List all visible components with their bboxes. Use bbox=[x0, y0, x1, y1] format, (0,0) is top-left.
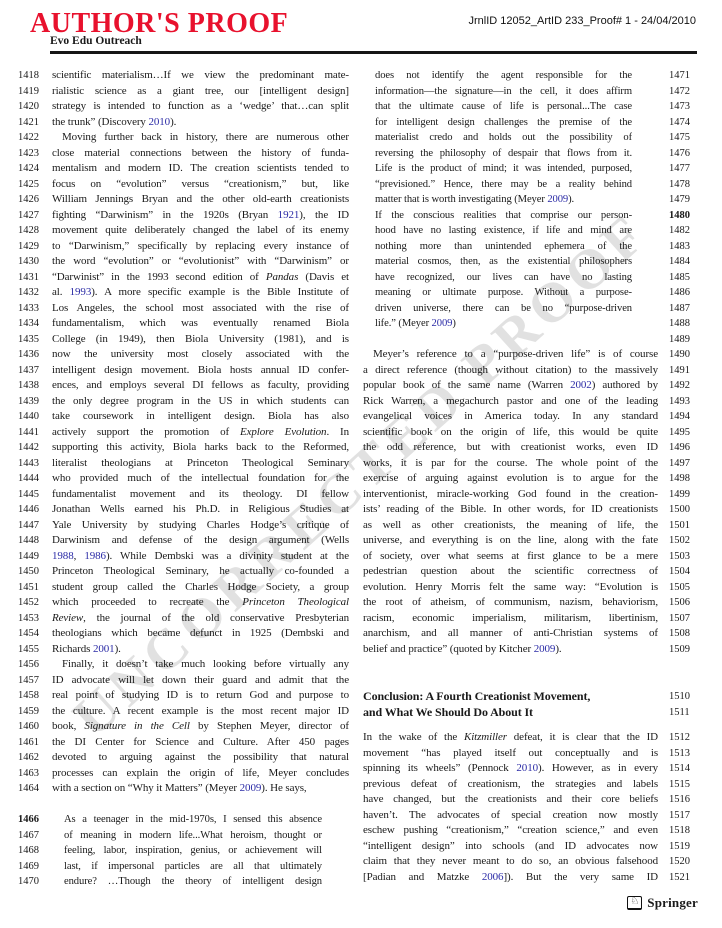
text-row: the odd reference, but with creationist … bbox=[363, 440, 696, 456]
line-number: 1429 bbox=[18, 239, 43, 255]
line-number: 1507 bbox=[669, 611, 696, 627]
text-segment: ). While Dembski was a divinity student … bbox=[106, 550, 349, 562]
line-number: 1435 bbox=[18, 332, 43, 348]
text-line: Meyer’s reference to a “purpose-driven l… bbox=[363, 347, 658, 363]
citation-link[interactable]: 2010 bbox=[148, 116, 170, 128]
text-row: 1441actively support the promotion of Ex… bbox=[18, 425, 349, 441]
text-line: literalist theologians at Princeton Theo… bbox=[52, 456, 349, 472]
line-number: 1490 bbox=[669, 347, 696, 363]
text-line: Life is the product of mind; it was inte… bbox=[375, 161, 632, 177]
text-segment: close material connections between the h… bbox=[52, 147, 349, 159]
text-segment: the only degree program in the US in whi… bbox=[52, 395, 349, 407]
text-row bbox=[18, 797, 349, 813]
text-row: racism, economic imperialism, militarism… bbox=[363, 611, 696, 627]
text-segment: scientific book on the origin of life, t… bbox=[363, 426, 658, 438]
line-number: 1502 bbox=[669, 533, 696, 549]
text-line: book, Signature in the Cell by Stephen M… bbox=[52, 719, 349, 735]
text-line: feeling, labor, inspiration, genius, or … bbox=[64, 843, 322, 859]
line-number: 1431 bbox=[18, 270, 43, 286]
header-rule bbox=[50, 51, 697, 54]
text-line: Conclusion: A Fourth Creationist Movemen… bbox=[363, 689, 658, 705]
line-number: 1521 bbox=[669, 870, 696, 886]
text-row: previous defeat of creationism, the stra… bbox=[363, 777, 696, 793]
text-line: meaning or ultimate purpose. Without a p… bbox=[375, 285, 632, 301]
text-line: eschew pushing “creationism,” “creation … bbox=[363, 823, 658, 839]
text-line: and What We Should Do About It bbox=[363, 705, 658, 721]
text-segment: processes can explain the origin of life… bbox=[52, 767, 349, 779]
text-line: strategy is intended to function as a ‘w… bbox=[52, 99, 349, 115]
text-row: pedestrian question about the scientific… bbox=[363, 564, 696, 580]
text-segment: Jonathan Wells earned his Ph.D. in Relig… bbox=[52, 503, 349, 515]
journal-name: Evo Edu Outreach bbox=[50, 35, 142, 47]
text-line: mentalism and modern ID. The creation sc… bbox=[52, 161, 349, 177]
column-right: does not identify the agent responsible … bbox=[363, 68, 696, 885]
text-segment: “intelligent design” into schools (and I… bbox=[363, 840, 658, 852]
text-line: claim that they never meant to do so, an… bbox=[363, 854, 658, 870]
text-row: 1439the only degree program in the US in… bbox=[18, 394, 349, 410]
text-segment: fighting “Darwinism” in the 1920s (Bryan bbox=[52, 209, 278, 221]
text-line: Princeton Theological Seminary, he actua… bbox=[52, 564, 349, 580]
text-line: fundamentalism, which was eventually ren… bbox=[52, 316, 349, 332]
line-number: 1475 bbox=[669, 130, 696, 146]
text-line: material cosmos, then, as the existentia… bbox=[375, 254, 632, 270]
blockquote-row: that the ultimate cause of life is perso… bbox=[363, 99, 696, 115]
text-segment: Rick Warren, a megachurch pastor and one… bbox=[363, 395, 658, 407]
text-line: Rick Warren, a megachurch pastor and one… bbox=[363, 394, 658, 410]
line-number: 1427 bbox=[18, 208, 43, 224]
line-number: 1468 bbox=[18, 843, 43, 859]
text-row: 1462devoted to arguing against the possi… bbox=[18, 750, 349, 766]
text-row: of society, over what seems at first gla… bbox=[363, 549, 696, 565]
text-segment: fundamentalism, which was eventually ren… bbox=[52, 317, 349, 329]
text-line: scientific book on the origin of life, t… bbox=[363, 425, 658, 441]
line-number: 1428 bbox=[18, 223, 43, 239]
text-line: driven universe, there can be no “purpos… bbox=[375, 301, 632, 317]
text-segment: fundamentalist movement and its theology… bbox=[52, 488, 349, 500]
line-number: 1440 bbox=[18, 409, 43, 425]
text-row: 1456Finally, it doesn’t take much lookin… bbox=[18, 657, 349, 673]
section-heading-row: Conclusion: A Fourth Creationist Movemen… bbox=[363, 689, 696, 705]
text-segment: ists’ reading of the Bible. In other wor… bbox=[363, 503, 658, 515]
text-line: pedestrian question about the scientific… bbox=[363, 564, 658, 580]
line-number: 1491 bbox=[669, 363, 696, 379]
text-line: Review, the journal of the old conservat… bbox=[52, 611, 349, 627]
line-number: 1457 bbox=[18, 673, 43, 689]
line-number: 1422 bbox=[18, 130, 43, 146]
text-line: of meaning in modern life...What heroism… bbox=[64, 828, 322, 844]
text-row: 1428movement quite deliberately changed … bbox=[18, 223, 349, 239]
text-row: as well as other creationists, the meani… bbox=[363, 518, 696, 534]
text-line: focus on “evolution” versus “creationism… bbox=[52, 177, 349, 193]
text-segment: If the conscious realities that comprise… bbox=[375, 210, 632, 221]
text-segment: Explore Evolution bbox=[240, 426, 327, 438]
text-line: supporting this activity, Biola harks ba… bbox=[52, 440, 349, 456]
text-row: 1489 bbox=[363, 332, 696, 348]
line-number: 1452 bbox=[18, 595, 43, 611]
text-line: [Padian and Matzke 2006]). But the very … bbox=[363, 870, 658, 886]
text-row: 1438ences, and employs several DI fellow… bbox=[18, 378, 349, 394]
text-segment: anarchism, and all manner of anti-Christ… bbox=[363, 627, 658, 639]
line-number: 1443 bbox=[18, 456, 43, 472]
text-row: 1425focus on “evolution” versus “creatio… bbox=[18, 177, 349, 193]
text-segment: Yale University by studying Charles Hodg… bbox=[52, 519, 349, 531]
text-line: which proceeded to recreate the Princeto… bbox=[52, 595, 349, 611]
text-segment: feeling, labor, inspiration, genius, or … bbox=[64, 845, 322, 856]
line-number: 1509 bbox=[669, 642, 696, 658]
citation-link[interactable]: 2009 bbox=[534, 643, 556, 655]
text-line: works, it is par for the course. The who… bbox=[363, 456, 658, 472]
text-line: “previsioned.” Hence, there may be a rea… bbox=[375, 177, 632, 193]
text-row: 1429to “Darwinism,” specifically by repl… bbox=[18, 239, 349, 255]
text-segment: nothing more than unintended ephemera of… bbox=[375, 241, 632, 252]
blockquote-row: materialist credo and holds out the poss… bbox=[363, 130, 696, 146]
text-row: 1418scientific materialism…If we view th… bbox=[18, 68, 349, 84]
text-line: Yale University by studying Charles Hodg… bbox=[52, 518, 349, 534]
line-number: 1467 bbox=[18, 828, 43, 844]
line-number: 1499 bbox=[669, 487, 696, 503]
text-segment: Pandas bbox=[266, 271, 298, 283]
text-segment: Life is the product of mind; it was inte… bbox=[375, 163, 632, 174]
text-row: 1463processes can explain the origin of … bbox=[18, 766, 349, 782]
text-row: 1430the word “evolution” or “evolutionis… bbox=[18, 254, 349, 270]
text-line: ences, and employs several DI fellows as… bbox=[52, 378, 349, 394]
blockquote-row: material cosmos, then, as the existentia… bbox=[363, 254, 696, 270]
text-segment: movement quite deliberately changed the … bbox=[52, 224, 349, 236]
blockquote-row: meaning or ultimate purpose. Without a p… bbox=[363, 285, 696, 301]
citation-link[interactable]: 2009 bbox=[547, 194, 568, 205]
citation-link[interactable]: 2009 bbox=[432, 318, 453, 329]
citation-link[interactable]: 2001 bbox=[93, 643, 115, 655]
text-line: fighting “Darwinism” in the 1920s (Bryan… bbox=[52, 208, 349, 224]
line-number: 1516 bbox=[669, 792, 696, 808]
text-line: hood have no lasting existence, if life … bbox=[375, 223, 632, 239]
line-number: 1488 bbox=[669, 316, 696, 332]
text-segment: last, if impersonal particles are all th… bbox=[64, 861, 322, 872]
text-segment: now the university most closely associat… bbox=[52, 348, 349, 360]
line-number: 1419 bbox=[18, 84, 43, 100]
text-segment: pedestrian question about the scientific… bbox=[363, 565, 658, 577]
line-number: 1515 bbox=[669, 777, 696, 793]
text-segment: the odd reference, but with creationist … bbox=[363, 441, 658, 453]
line-number: 1473 bbox=[669, 99, 696, 115]
line-number: 1477 bbox=[669, 161, 696, 177]
citation-link[interactable]: 1993 bbox=[70, 286, 92, 298]
blockquote-row: “previsioned.” Hence, there may be a rea… bbox=[363, 177, 696, 193]
line-number: 1423 bbox=[18, 146, 43, 162]
line-number: 1478 bbox=[669, 177, 696, 193]
line-number: 1510 bbox=[669, 689, 696, 705]
text-segment: ). bbox=[555, 643, 561, 655]
text-segment: which proceeded to recreate the bbox=[52, 596, 242, 608]
line-number: 1487 bbox=[669, 301, 696, 317]
text-line: the trunk” (Discovery 2010). bbox=[52, 115, 349, 131]
line-number: 1453 bbox=[18, 611, 43, 627]
line-number: 1434 bbox=[18, 316, 43, 332]
line-number: 1501 bbox=[669, 518, 696, 534]
text-line: the DI Center for Science and Culture. A… bbox=[52, 735, 349, 751]
text-row: 1427fighting “Darwinism” in the 1920s (B… bbox=[18, 208, 349, 224]
text-line: the odd reference, but with creationist … bbox=[363, 440, 658, 456]
text-line: “Darwinist” in the 1993 second edition o… bbox=[52, 270, 349, 286]
text-line: 1988, 1986). While Dembski was a divinit… bbox=[52, 549, 349, 565]
line-number: 1424 bbox=[18, 161, 43, 177]
line-number: 1447 bbox=[18, 518, 43, 534]
text-segment: William Jennings Bryan and the other old… bbox=[52, 193, 349, 205]
text-segment: actively support the promotion of bbox=[52, 426, 240, 438]
line-number: 1476 bbox=[669, 146, 696, 162]
text-row: 1457ID advocate will let down their guar… bbox=[18, 673, 349, 689]
text-line: Darwinism and defense of the design argu… bbox=[52, 533, 349, 549]
text-segment: Princeton Theological Seminary, he actua… bbox=[52, 565, 349, 577]
line-number: 1439 bbox=[18, 394, 43, 410]
citation-link[interactable]: 1921 bbox=[278, 209, 300, 221]
springer-logo: ♘ Springer bbox=[627, 895, 698, 911]
text-segment: Los Angeles, the school most associated … bbox=[52, 302, 349, 314]
text-line: spinning its wheels” (Pennock 2010). How… bbox=[363, 761, 658, 777]
blockquote-row: reversing the philosophy of despair that… bbox=[363, 146, 696, 162]
line-number: 1480 bbox=[669, 208, 696, 224]
line-number: 1504 bbox=[669, 564, 696, 580]
text-segment: Finally, it doesn’t take much looking be… bbox=[62, 658, 349, 670]
line-number: 1485 bbox=[669, 270, 696, 286]
text-line: Jonathan Wells earned his Ph.D. in Relig… bbox=[52, 502, 349, 518]
text-row: scientific book on the origin of life, t… bbox=[363, 425, 696, 441]
blockquote-row: does not identify the agent responsible … bbox=[363, 68, 696, 84]
text-line: interventionist, miracle-working God fou… bbox=[363, 487, 658, 503]
text-row: 1461the DI Center for Science and Cultur… bbox=[18, 735, 349, 751]
text-row: “intelligent design” into schools (and I… bbox=[363, 839, 696, 855]
text-segment: College (in 1949), then Biola University… bbox=[52, 333, 349, 345]
text-line: as well as other creationists, the meani… bbox=[363, 518, 658, 534]
line-number: 1437 bbox=[18, 363, 43, 379]
text-line: belief and practice” (quoted by Kitcher … bbox=[363, 642, 658, 658]
text-segment: universe, and everything is on the line,… bbox=[363, 534, 658, 546]
text-segment: ) authored by bbox=[592, 379, 658, 391]
text-line: processes can explain the origin of life… bbox=[52, 766, 349, 782]
text-line: movement quite deliberately changed the … bbox=[52, 223, 349, 239]
text-segment: (Davis et bbox=[298, 271, 349, 283]
text-row: universe, and everything is on the line,… bbox=[363, 533, 696, 549]
text-segment: ), the ID bbox=[299, 209, 349, 221]
text-segment: hood have no lasting existence, if life … bbox=[375, 225, 632, 236]
text-line: that the ultimate cause of life is perso… bbox=[375, 99, 632, 115]
citation-link[interactable]: 1988 bbox=[52, 550, 74, 562]
text-line: for intelligent design challenges the pr… bbox=[375, 115, 632, 131]
text-row: 1450Princeton Theological Seminary, he a… bbox=[18, 564, 349, 580]
text-segment: the DI Center for Science and Culture. A… bbox=[52, 736, 349, 748]
line-number: 1511 bbox=[669, 705, 696, 721]
line-number: 1430 bbox=[18, 254, 43, 270]
text-segment: , the journal of the old conservative Pr… bbox=[83, 612, 349, 624]
text-row: Meyer’s reference to a “purpose-driven l… bbox=[363, 347, 696, 363]
citation-link[interactable]: 2009 bbox=[240, 782, 262, 794]
text-row: the root of atheism, of communism, nazis… bbox=[363, 595, 696, 611]
blockquote-row: If the conscious realities that comprise… bbox=[363, 208, 696, 224]
text-segment: driven universe, there can be no “purpos… bbox=[375, 303, 632, 314]
text-line: the only degree program in the US in whi… bbox=[52, 394, 349, 410]
text-segment: strategy is intended to function as a ‘w… bbox=[52, 100, 349, 112]
text-segment: have changed, but the creationists and t… bbox=[363, 793, 658, 805]
text-segment: ). He says, bbox=[261, 782, 306, 794]
text-line: popular book of the same name (Warren 20… bbox=[363, 378, 658, 394]
blockquote-row: have recognized, our lives can have no l… bbox=[363, 270, 696, 286]
text-line: fundamentalist movement and its theology… bbox=[52, 487, 349, 503]
text-segment: meaning or ultimate purpose. Without a p… bbox=[375, 287, 632, 298]
text-line: William Jennings Bryan and the other old… bbox=[52, 192, 349, 208]
blockquote-row: 1469last, if impersonal particles are al… bbox=[18, 859, 349, 875]
blockquote-row: for intelligent design challenges the pr… bbox=[363, 115, 696, 131]
blockquote-row: 1470endure? …Though the theory of intell… bbox=[18, 874, 349, 890]
text-row: haven’t. The advocates of special creati… bbox=[363, 808, 696, 824]
text-row: 1460book, Signature in the Cell by Steph… bbox=[18, 719, 349, 735]
line-number bbox=[18, 797, 43, 813]
text-row: works, it is par for the course. The who… bbox=[363, 456, 696, 472]
text-row: 1454theologians which became defunct in … bbox=[18, 626, 349, 642]
text-row: 1431“Darwinist” in the 1993 second editi… bbox=[18, 270, 349, 286]
text-row: 1447Yale University by studying Charles … bbox=[18, 518, 349, 534]
text-row: 1464with a section on “Why it Matters” (… bbox=[18, 781, 349, 797]
text-row: 1455Richards 2001). bbox=[18, 642, 349, 658]
text-segment: life.” (Meyer bbox=[375, 318, 432, 329]
text-row: 1423close material connections between t… bbox=[18, 146, 349, 162]
line-number: 1486 bbox=[669, 285, 696, 301]
text-segment: the word “evolution” or “evolutionist” w… bbox=[52, 255, 349, 267]
text-line: intelligent design movement. Biola hosts… bbox=[52, 363, 349, 379]
text-segment: the culture. A recent example is the mos… bbox=[52, 705, 349, 717]
text-row: 1436now the university most closely asso… bbox=[18, 347, 349, 363]
text-segment: previous defeat of creationism, the stra… bbox=[363, 778, 658, 790]
line-number: 1444 bbox=[18, 471, 43, 487]
text-line: Finally, it doesn’t take much looking be… bbox=[52, 657, 349, 673]
line-number: 1514 bbox=[669, 761, 696, 777]
text-row: 1420strategy is intended to function as … bbox=[18, 99, 349, 115]
text-line: information—the signature—in the cell, i… bbox=[375, 84, 632, 100]
line-number: 1461 bbox=[18, 735, 43, 751]
text-segment: material cosmos, then, as the existentia… bbox=[375, 256, 632, 267]
text-row: a direct reference (though without citat… bbox=[363, 363, 696, 379]
text-row: 1424mentalism and modern ID. The creatio… bbox=[18, 161, 349, 177]
line-number: 1446 bbox=[18, 502, 43, 518]
text-row: 1421the trunk” (Discovery 2010). bbox=[18, 115, 349, 131]
line-number: 1425 bbox=[18, 177, 43, 193]
text-segment: real point of studying ID is to return G… bbox=[52, 689, 349, 701]
text-segment: Signature in the Cell bbox=[84, 720, 189, 732]
text-segment: and What We Should Do About It bbox=[363, 705, 533, 719]
text-row: 1446Jonathan Wells earned his Ph.D. in R… bbox=[18, 502, 349, 518]
text-segment: student group called the Charles Hodge S… bbox=[52, 581, 349, 593]
line-number: 1420 bbox=[18, 99, 43, 115]
text-segment: Darwinism and defense of the design argu… bbox=[52, 534, 349, 546]
text-segment: interventionist, miracle-working God fou… bbox=[363, 488, 658, 500]
text-row: 14491988, 1986). While Dembski was a div… bbox=[18, 549, 349, 565]
text-row: 1448Darwinism and defense of the design … bbox=[18, 533, 349, 549]
text-segment: . In bbox=[326, 426, 349, 438]
blockquote-row: 1468feeling, labor, inspiration, genius,… bbox=[18, 843, 349, 859]
line-number: 1474 bbox=[669, 115, 696, 131]
line-number: 1495 bbox=[669, 425, 696, 441]
text-segment: scientific materialism…If we view the pr… bbox=[52, 69, 349, 81]
text-segment: “Darwinist” in the 1993 second edition o… bbox=[52, 271, 266, 283]
text-row: spinning its wheels” (Pennock 2010). How… bbox=[363, 761, 696, 777]
line-number: 1494 bbox=[669, 409, 696, 425]
text-line: have recognized, our lives can have no l… bbox=[375, 270, 632, 286]
line-number: 1520 bbox=[669, 854, 696, 870]
text-line: ists’ reading of the Bible. In other wor… bbox=[363, 502, 658, 518]
text-row: evangelical voices in America today. In … bbox=[363, 409, 696, 425]
line-number: 1493 bbox=[669, 394, 696, 410]
text-line: Richards 2001). bbox=[52, 642, 349, 658]
text-row: belief and practice” (quoted by Kitcher … bbox=[363, 642, 696, 658]
text-segment: a direct reference (though without citat… bbox=[363, 364, 658, 376]
citation-link[interactable]: 2006 bbox=[482, 871, 504, 883]
text-line: take coursework in intelligent design. B… bbox=[52, 409, 349, 425]
line-number: 1469 bbox=[18, 859, 43, 875]
text-line: devoted to arguing against the possibili… bbox=[52, 750, 349, 766]
text-segment: theologians which became defunct in 1925… bbox=[52, 627, 349, 639]
text-line: materialist credo and holds out the poss… bbox=[375, 130, 632, 146]
blockquote-row: Life is the product of mind; it was inte… bbox=[363, 161, 696, 177]
text-row: exercise of arguing against evolution is… bbox=[363, 471, 696, 487]
line-number: 1470 bbox=[18, 874, 43, 890]
text-segment: ). bbox=[170, 116, 176, 128]
line-number: 1513 bbox=[669, 746, 696, 762]
text-line: Moving further back in history, there ar… bbox=[52, 130, 349, 146]
line-number: 1462 bbox=[18, 750, 43, 766]
line-number: 1458 bbox=[18, 688, 43, 704]
text-line: al. 1993). A more specific example is th… bbox=[52, 285, 349, 301]
text-line: ID advocate will let down their guard an… bbox=[52, 673, 349, 689]
text-line: endure? …Though the theory of intelligen… bbox=[64, 874, 322, 890]
line-number: 1436 bbox=[18, 347, 43, 363]
text-line: haven’t. The advocates of special creati… bbox=[363, 808, 658, 824]
line-number: 1489 bbox=[669, 332, 696, 348]
citation-link[interactable]: 2002 bbox=[570, 379, 592, 391]
text-segment: for intelligent design challenges the pr… bbox=[375, 117, 632, 128]
text-segment: reversing the philosophy of despair that… bbox=[375, 148, 632, 159]
text-row: 1459the culture. A recent example is the… bbox=[18, 704, 349, 720]
text-segment: matter that is worth investigating (Meye… bbox=[375, 194, 547, 205]
line-number: 1445 bbox=[18, 487, 43, 503]
text-line: close material connections between the h… bbox=[52, 146, 349, 162]
text-row: 1443literalist theologians at Princeton … bbox=[18, 456, 349, 472]
text-row: have changed, but the creationists and t… bbox=[363, 792, 696, 808]
line-number: 1512 bbox=[669, 730, 696, 746]
text-line: actively support the promotion of Explor… bbox=[52, 425, 349, 441]
text-segment: of meaning in modern life...What heroism… bbox=[64, 830, 322, 841]
citation-link[interactable]: 2010 bbox=[516, 762, 538, 774]
text-segment: of society, over what seems at first gla… bbox=[363, 550, 658, 562]
line-number: 1441 bbox=[18, 425, 43, 441]
text-line: previous defeat of creationism, the stra… bbox=[363, 777, 658, 793]
text-line: scientific materialism…If we view the pr… bbox=[52, 68, 349, 84]
text-segment: the root of atheism, of communism, nazis… bbox=[363, 596, 658, 608]
text-segment: Review bbox=[52, 612, 83, 624]
text-segment: Kitzmiller bbox=[464, 731, 507, 743]
text-line: Los Angeles, the school most associated … bbox=[52, 301, 349, 317]
text-segment: belief and practice” (quoted by Kitcher bbox=[363, 643, 534, 655]
column-left: 1418scientific materialism…If we view th… bbox=[18, 68, 349, 890]
text-segment: defeat, it is clear that the ID bbox=[507, 731, 658, 743]
text-row: interventionist, miracle-working God fou… bbox=[363, 487, 696, 503]
text-row: 1442supporting this activity, Biola hark… bbox=[18, 440, 349, 456]
line-number: 1460 bbox=[18, 719, 43, 735]
text-line: “intelligent design” into schools (and I… bbox=[363, 839, 658, 855]
text-segment: ences, and employs several DI fellows as… bbox=[52, 379, 349, 391]
text-segment: book, bbox=[52, 720, 84, 732]
line-number: 1448 bbox=[18, 533, 43, 549]
citation-link[interactable]: 1986 bbox=[84, 550, 106, 562]
springer-knight-icon: ♘ bbox=[627, 896, 642, 910]
